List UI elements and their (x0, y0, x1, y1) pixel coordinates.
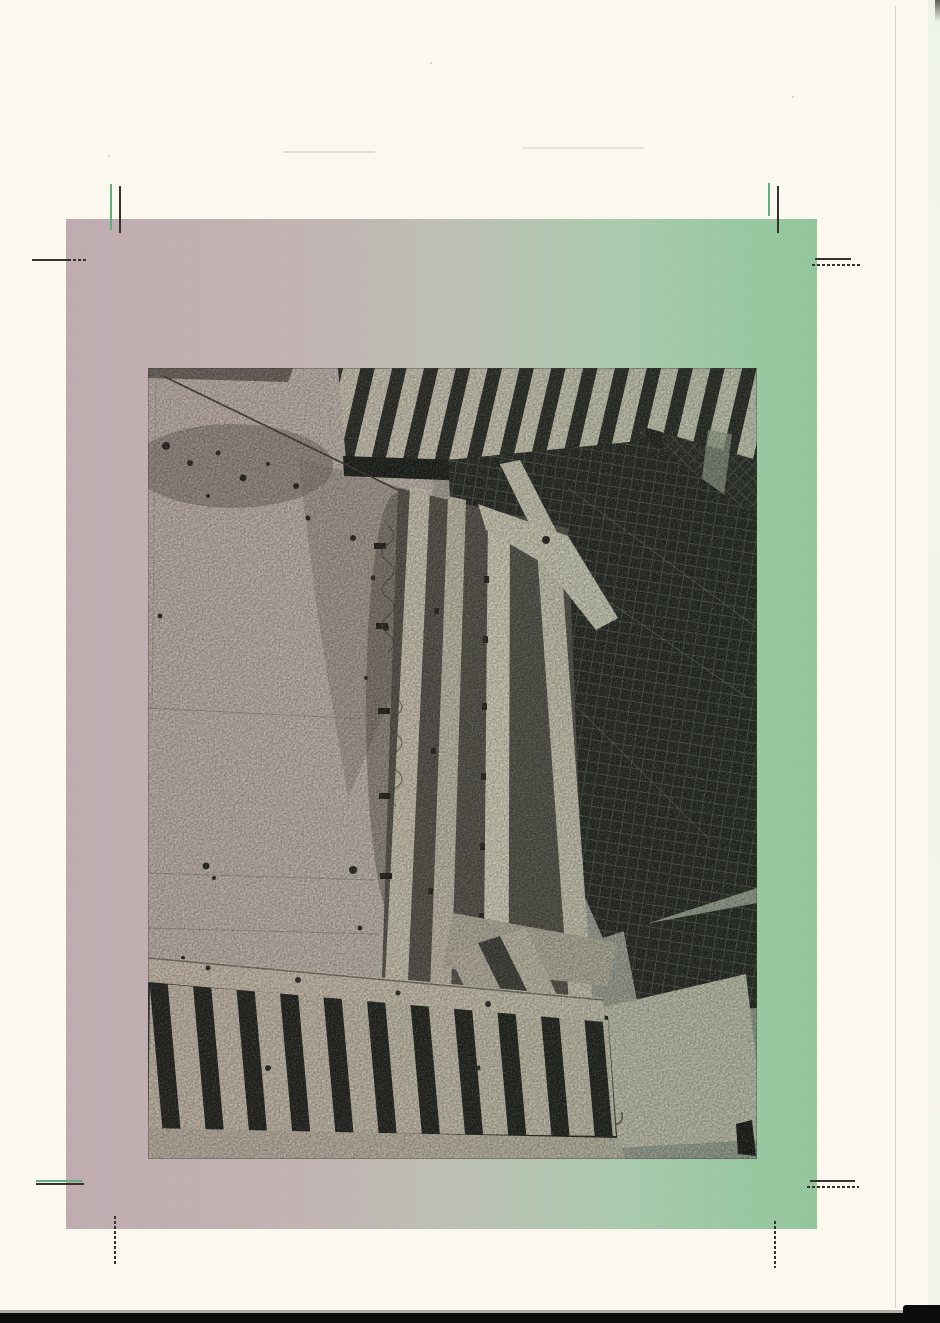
scanner-bed-bar (0, 1313, 940, 1323)
crop-mark-top-left-horizontal-tail (68, 259, 88, 261)
scanned-page (0, 0, 940, 1323)
paper-crease-line (895, 6, 896, 1308)
crop-mark-top-right-horizontal-2 (812, 264, 860, 266)
crop-mark-bottom-left-horizontal-black (36, 1183, 84, 1185)
paper-speck (792, 96, 794, 98)
crop-mark-bottom-left-vertical (114, 1216, 116, 1266)
gradient-print-block (66, 219, 817, 1229)
scanner-streak (283, 151, 375, 153)
crop-mark-top-right-horizontal (815, 258, 851, 260)
crop-mark-top-right-vertical-black (777, 186, 779, 233)
crop-mark-top-left-horizontal (32, 259, 68, 261)
crop-mark-top-left-vertical-green (110, 184, 112, 230)
corner-nick (935, 0, 940, 22)
crop-mark-bottom-left-horizontal-green (36, 1180, 83, 1182)
photograph (148, 368, 757, 1159)
crop-mark-bottom-right-horizontal-1 (810, 1180, 855, 1182)
duotone-tint (148, 368, 757, 1159)
crop-mark-top-left-vertical-black (119, 186, 121, 233)
paper-speck (108, 155, 110, 157)
right-edge-tint (928, 0, 940, 1310)
scanner-streak (522, 147, 644, 149)
crop-mark-top-right-vertical-green (768, 183, 770, 216)
paper-speck (430, 62, 432, 64)
crop-mark-bottom-right-horizontal-2 (807, 1186, 859, 1188)
crop-mark-bottom-right-vertical (774, 1221, 776, 1268)
